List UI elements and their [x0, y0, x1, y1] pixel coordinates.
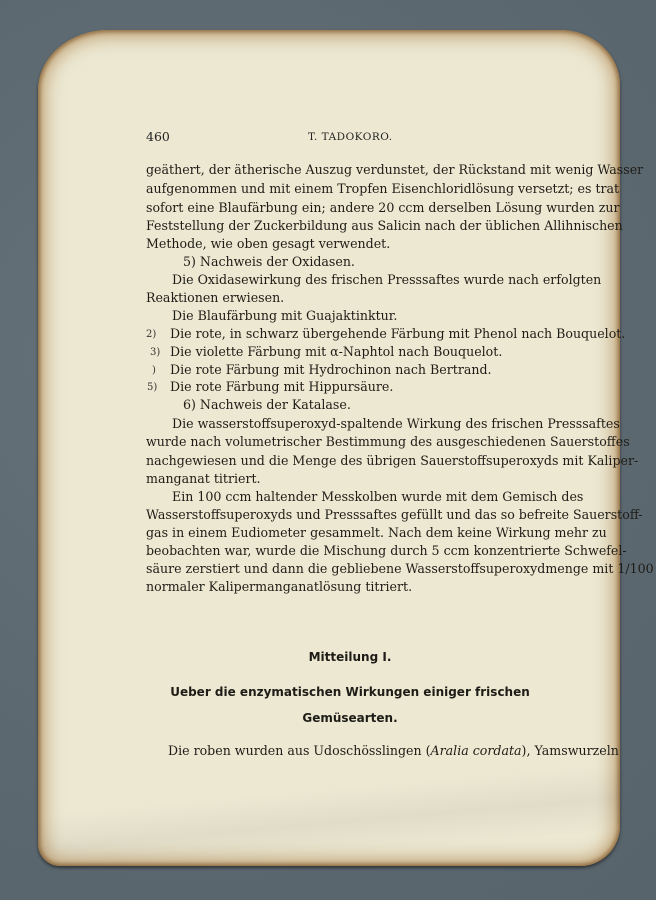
text-line: Die Oxidasewirkung des frischen Presssaf…	[172, 274, 554, 287]
list-marker: 3)	[150, 347, 160, 358]
section-subtitle: Gemüsearten.	[146, 711, 554, 725]
text-line: nachgewiesen und die Menge des übrigen S…	[146, 455, 554, 468]
text-span: Die roben wurden aus Udoschösslingen (	[168, 743, 431, 758]
text-line: säure zerstiert und dann die gebliebene …	[146, 563, 554, 576]
reaction-item: Die rote Färbung mit Hippursäure.	[170, 381, 393, 394]
text-line: sofort eine Blaufärbung ein; andere 20 c…	[146, 202, 554, 215]
species-name: Aralia cordata	[431, 743, 522, 758]
text-line: beobachten war, wurde die Mischung durch…	[146, 545, 554, 558]
text-line: geäthert, der ätherische Auszug verdunst…	[146, 164, 554, 177]
text-line: Feststellung der Zuckerbildung aus Salic…	[146, 220, 554, 233]
subsection-heading: 6) Nachweis der Katalase.	[183, 399, 351, 412]
list-marker: )	[152, 365, 156, 376]
section-title: Mitteilung I.	[146, 650, 554, 664]
text-line: Ein 100 ccm haltender Messkolben wurde m…	[172, 491, 554, 504]
text-line: normaler Kalipermanganatlösung titriert.	[146, 581, 412, 594]
text-line: Die roben wurden aus Udoschösslingen (Ar…	[168, 745, 619, 758]
text-line: Methode, wie oben gesagt verwendet.	[146, 238, 390, 251]
reaction-item: Die Blaufärbung mit Guajaktinktur.	[172, 310, 397, 323]
reaction-item: Die rote Färbung mit Hydrochinon nach Be…	[170, 364, 492, 377]
text-line: wurde nach volumetrischer Bestimmung des…	[146, 436, 554, 449]
text-line: Die wasserstoffsuperoxyd-spaltende Wirku…	[172, 418, 554, 431]
text-line: Wasserstoffsuperoxyds und Presssaftes ge…	[146, 509, 554, 522]
list-marker: 2)	[146, 329, 156, 340]
text-line: manganat titriert.	[146, 473, 261, 486]
running-header: T. TADOKORO.	[308, 131, 393, 143]
subsection-heading: 5) Nachweis der Oxidasen.	[183, 256, 355, 269]
text-line: aufgenommen und mit einem Tropfen Eisenc…	[146, 183, 554, 196]
reaction-item: Die violette Färbung mit α-Naphtol nach …	[170, 346, 502, 359]
section-subtitle: Ueber die enzymatischen Wirkungen einige…	[146, 685, 554, 699]
page-number: 460	[146, 129, 170, 144]
text-line: gas in einem Eudiometer gesammelt. Nach …	[146, 527, 554, 540]
list-marker: 5)	[147, 382, 157, 393]
text-line: Reaktionen erwiesen.	[146, 292, 284, 305]
reaction-item: Die rote, in schwarz übergehende Färbung…	[170, 328, 625, 341]
text-span: ), Yamswurzeln	[522, 743, 619, 758]
